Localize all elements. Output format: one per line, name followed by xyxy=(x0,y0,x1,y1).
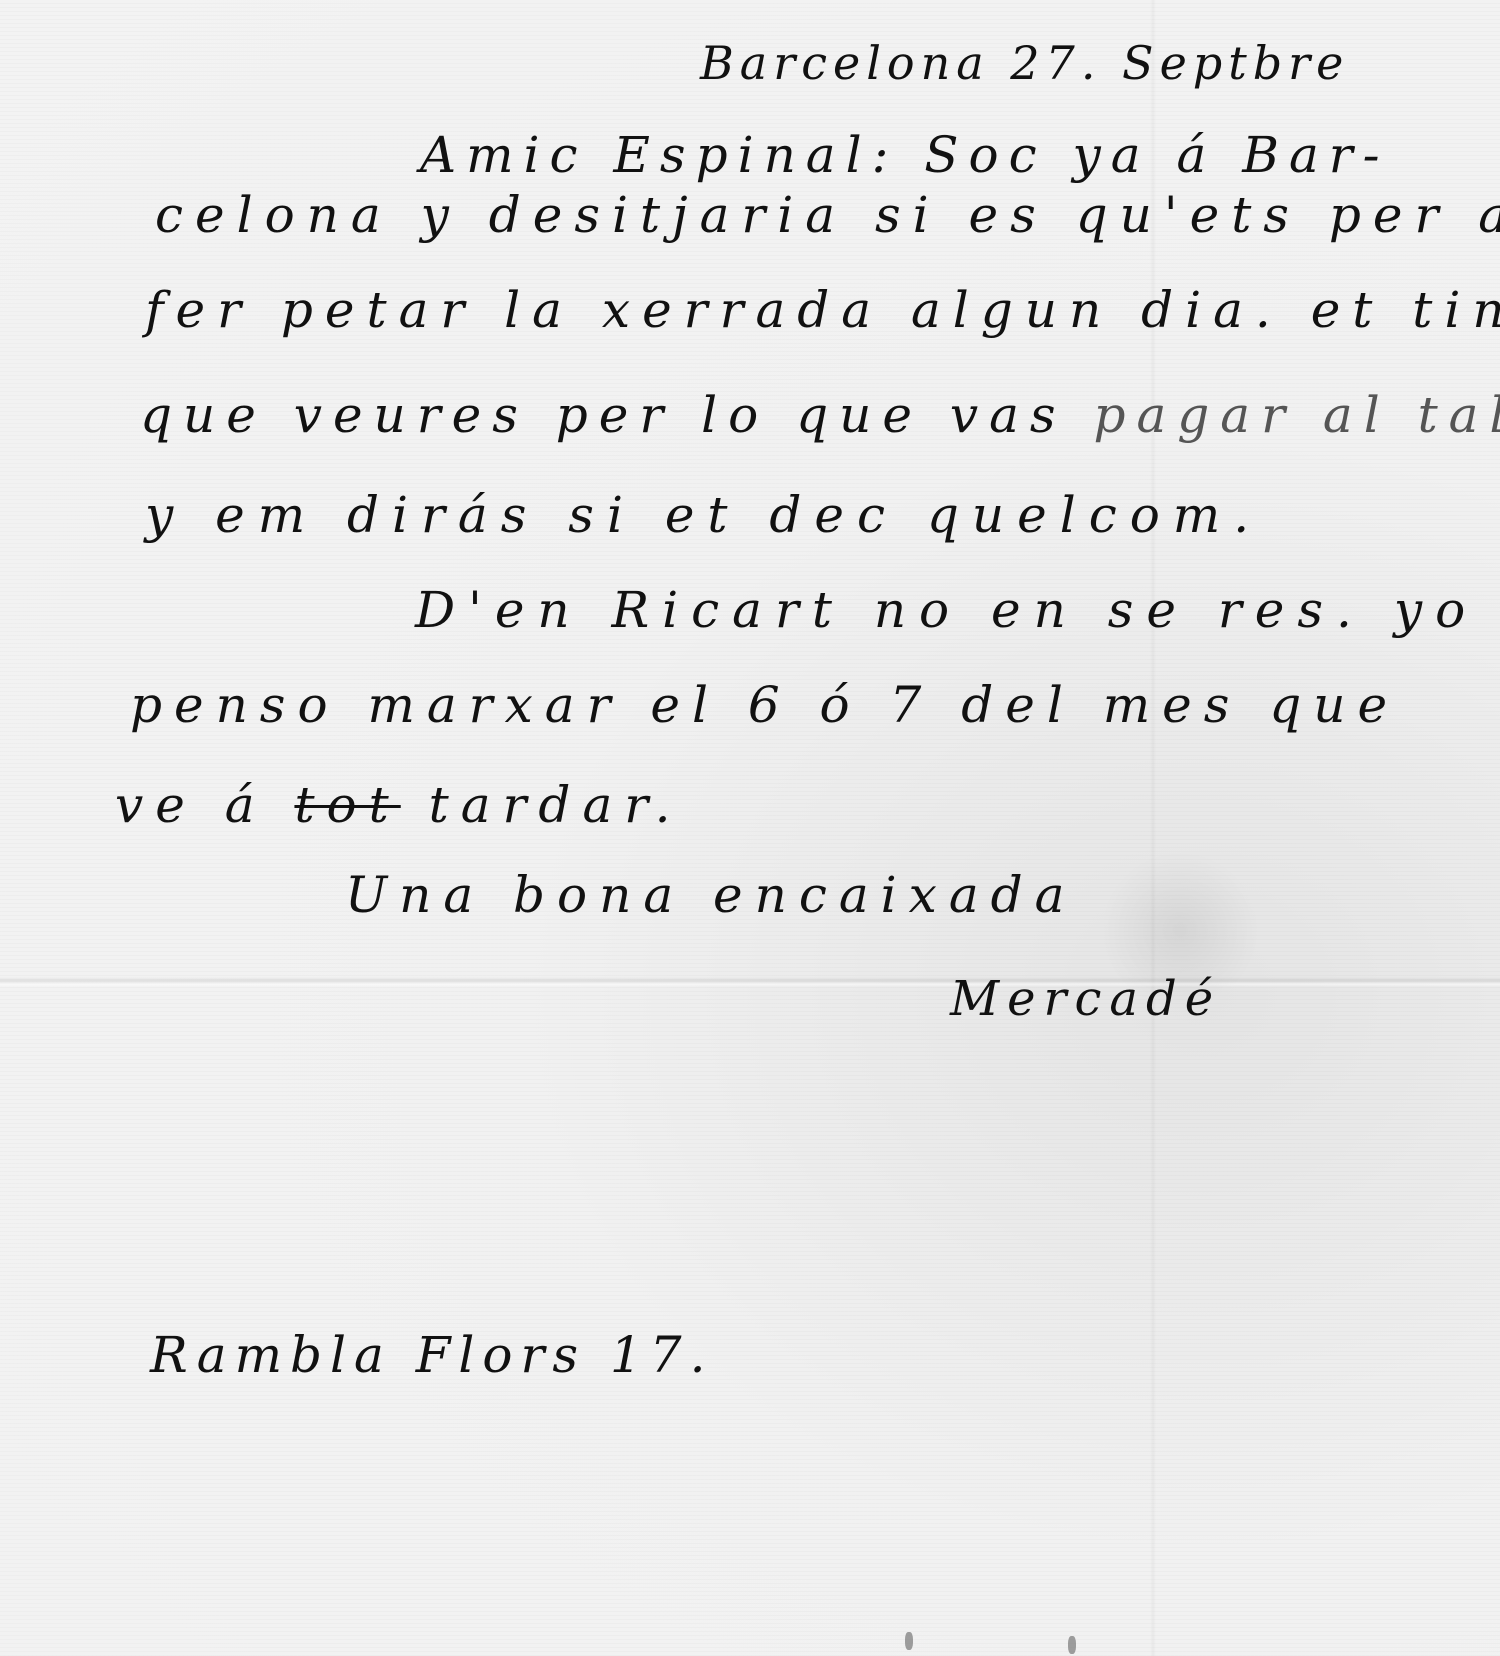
letter-line-2: celona y desitjaria si es qu'ets per aqu… xyxy=(155,190,1500,240)
letter-line-1: Amic Espinal: Soc ya á Bar- xyxy=(420,130,1390,180)
letter-dateline: Barcelona 27. Septbre xyxy=(700,40,1349,86)
letter-line-4-faint: pagar al taller xyxy=(1093,386,1500,444)
letter-line-6: D'en Ricart no en se res. yo xyxy=(415,585,1478,635)
letter-line-8-start: ve á xyxy=(115,776,294,834)
letter-closing: Una bona encaixada xyxy=(345,870,1076,920)
letter-line-8: ve á tot tardar. xyxy=(115,780,683,830)
horizontal-fold-crease xyxy=(0,977,1500,987)
letter-line-4: que veures per lo que vas pagar al talle… xyxy=(140,390,1500,440)
letter-line-5: y em dirás si et dec quelcom. xyxy=(145,490,1262,540)
letter-line-7: penso marxar el 6 ó 7 del mes que xyxy=(130,680,1399,730)
letter-signature: Mercadé xyxy=(950,975,1221,1023)
letter-paper: Barcelona 27. Septbre Amic Espinal: Soc … xyxy=(0,0,1500,1656)
sender-address: Rambla Flors 17. xyxy=(150,1330,713,1380)
ink-spot xyxy=(1068,1636,1076,1654)
ink-spot xyxy=(905,1632,913,1650)
vertical-fold-crease xyxy=(1150,0,1156,1656)
letter-line-8-end: tardar. xyxy=(401,776,683,834)
letter-line-4-dark: que veures per lo que vas xyxy=(140,386,1093,444)
letter-line-3: fer petar la xerrada algun dia. et tinc xyxy=(145,285,1500,335)
struck-through-word: tot xyxy=(294,776,400,834)
